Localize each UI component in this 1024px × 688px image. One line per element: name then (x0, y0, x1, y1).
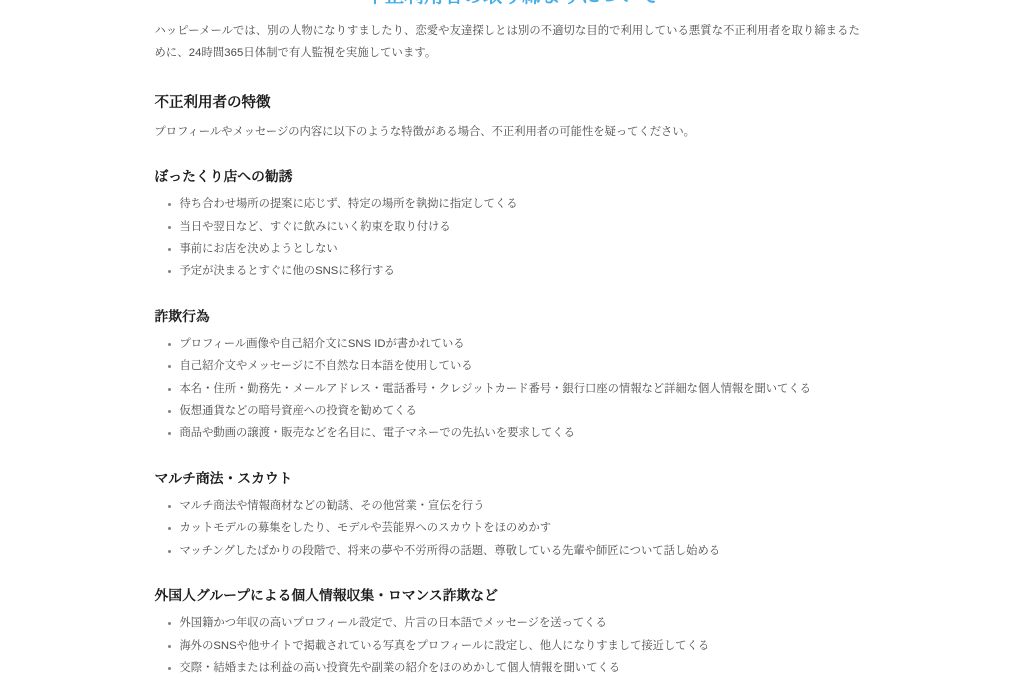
bullet-item: 海外のSNSや他サイトで掲載されている写真をプロフィールに設定し、他人になりすま… (155, 635, 870, 657)
bullet-list: 待ち合わせ場所の提案に応じず、特定の場所を執拗に指定してくる当日や翌日など、すぐ… (155, 193, 870, 283)
clipped-page-title: 不正利用者の取り締まりについて (155, 0, 870, 5)
subsection: ぼったくり店への勧誘 待ち合わせ場所の提案に応じず、特定の場所を執拗に指定してく… (155, 169, 870, 283)
bullet-list: 外国籍かつ年収の高いプロフィール設定で、片言の日本語でメッセージを送ってくる海外… (155, 612, 870, 679)
bullet-item: 待ち合わせ場所の提案に応じず、特定の場所を執拗に指定してくる (155, 193, 870, 215)
bullet-item: 交際・結婚または利益の高い投資先や副業の紹介をほのめかして個人情報を聞いてくる (155, 657, 870, 679)
subsection-heading: マルチ商法・スカウト (155, 471, 870, 487)
subsection: 外国人グループによる個人情報収集・ロマンス詐欺など 外国籍かつ年収の高いプロフィ… (155, 588, 870, 679)
bullet-item: 予定が決まるとすぐに他のSNSに移行する (155, 260, 870, 282)
bullet-item: 自己紹介文やメッセージに不自然な日本語を使用している (155, 355, 870, 377)
subsection-list: ぼったくり店への勧誘 待ち合わせ場所の提案に応じず、特定の場所を執拗に指定してく… (155, 169, 870, 679)
bullet-item: マルチ商法や情報商材などの勧誘、その他営業・宣伝を行う (155, 495, 870, 517)
subsection-heading: 詐欺行為 (155, 309, 870, 325)
bullet-item: 外国籍かつ年収の高いプロフィール設定で、片言の日本語でメッセージを送ってくる (155, 612, 870, 634)
bullet-item: 商品や動画の譲渡・販売などを名目に、電子マネーでの先払いを要求してくる (155, 422, 870, 444)
bullet-item: マッチングしたばかりの段階で、将来の夢や不労所得の話題、尊敬している先輩や師匠に… (155, 540, 870, 562)
bullet-list: プロフィール画像や自己紹介文にSNS IDが書かれている自己紹介文やメッセージに… (155, 333, 870, 445)
bullet-list: マルチ商法や情報商材などの勧誘、その他営業・宣伝を行うカットモデルの募集をしたり… (155, 495, 870, 562)
bullet-item: 本名・住所・勤務先・メールアドレス・電話番号・クレジットカード番号・銀行口座の情… (155, 378, 870, 400)
bullet-item: 仮想通貨などの暗号資産への投資を勧めてくる (155, 400, 870, 422)
bullet-item: 当日や翌日など、すぐに飲みにいく約束を取り付ける (155, 216, 870, 238)
subsection: 詐欺行為 プロフィール画像や自己紹介文にSNS IDが書かれている自己紹介文やメ… (155, 309, 870, 445)
intro-paragraph: ハッピーメールでは、別の人物になりすましたり、恋愛や友達探しとは別の不適切な目的… (155, 20, 870, 65)
section-heading: 不正利用者の特徴 (155, 95, 870, 111)
subsection: マルチ商法・スカウト マルチ商法や情報商材などの勧誘、その他営業・宣伝を行うカッ… (155, 471, 870, 562)
subsection-heading: 外国人グループによる個人情報収集・ロマンス詐欺など (155, 588, 870, 604)
bullet-item: プロフィール画像や自己紹介文にSNS IDが書かれている (155, 333, 870, 355)
bullet-item: カットモデルの募集をしたり、モデルや芸能界へのスカウトをほのめかす (155, 517, 870, 539)
subsection-heading: ぼったくり店への勧誘 (155, 169, 870, 185)
help-article: 不正利用者の取り締まりについて ハッピーメールでは、別の人物になりすましたり、恋… (155, 0, 870, 679)
section-lead-paragraph: プロフィールやメッセージの内容に以下のような特徴がある場合、不正利用者の可能性を… (155, 121, 870, 143)
page-title-text: 不正利用者の取り締まりについて (155, 0, 870, 5)
bullet-item: 事前にお店を決めようとしない (155, 238, 870, 260)
